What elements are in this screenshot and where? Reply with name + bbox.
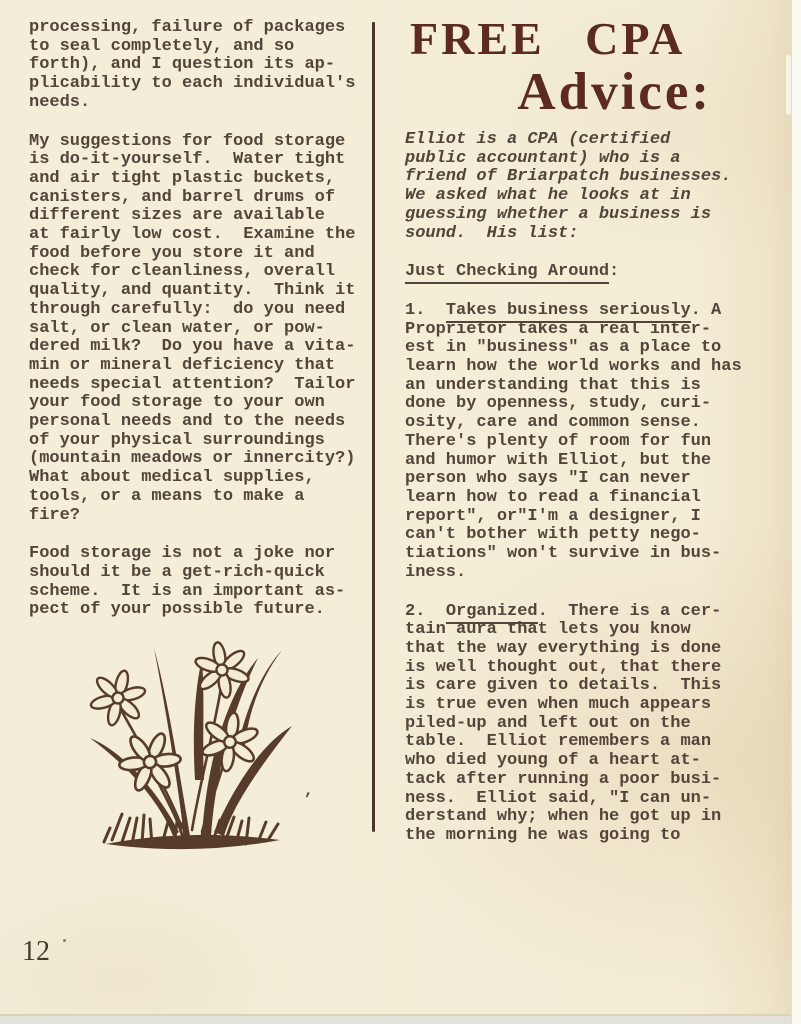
scan-background-bottom xyxy=(0,1016,791,1024)
section-heading-colon: : xyxy=(609,262,619,281)
paragraph-food-storage-conclusion: Food storage is not a joke nor should it… xyxy=(29,545,363,620)
scan-background-right xyxy=(791,0,801,1024)
headline-line-2: Advice: xyxy=(410,65,712,119)
section-heading: Just Checking Around: xyxy=(405,263,757,282)
article-intro: Elliot is a CPA (certified public accoun… xyxy=(405,131,757,243)
headline-line-1: FREE CPA xyxy=(410,16,712,62)
list-item-2-after-title: . There is a cer- xyxy=(538,602,722,621)
paragraph-food-storage-suggestions: My suggestions for food storage is do-it… xyxy=(29,133,363,526)
paragraph-food-processing: processing, failure of packages to seal … xyxy=(29,19,363,113)
scanned-page: processing, failure of packages to seal … xyxy=(0,0,791,1016)
paper-speck xyxy=(63,939,66,942)
stray-ink-mark: ’ xyxy=(303,791,313,809)
section-heading-text: Just Checking Around xyxy=(405,262,609,284)
daffodil-illustration xyxy=(84,630,296,858)
list-item-1-first-line: 1. Takes business seriously. A xyxy=(405,302,757,321)
list-item-1-body: Proprietor takes a real inter- est in "b… xyxy=(405,321,757,583)
article-headline: FREE CPA Advice: xyxy=(410,16,712,119)
list-item-1-after-title: . A xyxy=(691,301,722,320)
list-item-2: 2. Organized. There is a cer- tain aura … xyxy=(405,603,757,846)
left-column: processing, failure of packages to seal … xyxy=(29,19,363,640)
list-item-1-number: 1. xyxy=(405,301,446,320)
right-column: FREE CPA Advice: Elliot is a CPA (certif… xyxy=(405,16,757,846)
column-divider-rule xyxy=(372,22,375,832)
page-number: 12 xyxy=(22,936,50,968)
list-item-2-number: 2. xyxy=(405,602,446,621)
list-item-2-body: tain aura that lets you know that the wa… xyxy=(405,621,757,845)
list-item-2-first-line: 2. Organized. There is a cer- xyxy=(405,603,757,622)
list-item-1: 1. Takes business seriously. A Proprieto… xyxy=(405,302,757,583)
